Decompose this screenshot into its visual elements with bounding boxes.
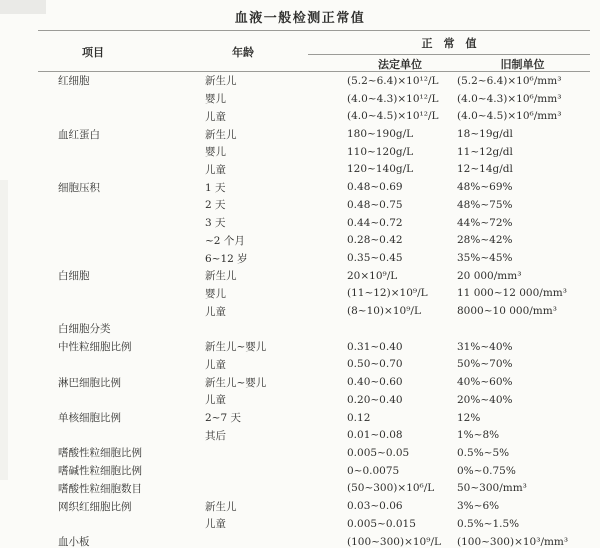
table-row: 婴儿110~120g/L11~12g/dl — [38, 143, 590, 161]
table-row: ~2 个月0.28~0.4228%~42% — [38, 231, 590, 249]
cell-legal: 20×10⁹/L — [345, 270, 455, 282]
cell-old: 31%~40% — [455, 341, 590, 353]
table-row: 淋巴细胞比例新生儿~婴儿0.40~0.6040%~60% — [38, 373, 590, 391]
cell-old: 35%~45% — [455, 252, 590, 264]
table-row: 其后0.01~0.081%~8% — [38, 426, 590, 444]
table-row: 中性粒细胞比例新生儿~婴儿0.31~0.4031%~40% — [38, 338, 590, 356]
cell-legal: 0.005~0.05 — [345, 447, 455, 459]
cell-item: 白细胞分类 — [38, 321, 205, 336]
cell-age: 新生儿 — [205, 127, 345, 142]
cell-age: 婴儿 — [205, 286, 345, 301]
cell-age: 儿童 — [205, 109, 345, 124]
cell-item: 血红蛋白 — [38, 127, 205, 142]
cell-old: 48%~69% — [455, 181, 590, 193]
table-row: 2 天0.48~0.7548%~75% — [38, 196, 590, 214]
cell-old: 0.5%~1.5% — [455, 518, 590, 530]
table-row: 血红蛋白新生儿180~190g/L18~19g/dl — [38, 125, 590, 143]
cell-legal: 120~140g/L — [345, 163, 455, 175]
cell-item: 红细胞 — [38, 73, 205, 88]
cell-old: 8000~10 000/mm³ — [455, 305, 590, 317]
cell-old: 12% — [455, 412, 590, 424]
cell-item: 中性粒细胞比例 — [38, 339, 205, 354]
cell-age: 儿童 — [205, 357, 345, 372]
table-row: 儿童0.20~0.4020%~40% — [38, 391, 590, 409]
cell-age: 新生儿 — [205, 268, 345, 283]
table-row: 红细胞新生儿(5.2~6.4)×10¹²/L(5.2~6.4)×10⁶/mm³ — [38, 72, 590, 90]
cell-age: 3 天 — [205, 215, 345, 230]
cell-old: 11 000~12 000/mm³ — [455, 287, 590, 299]
cell-legal: 0.40~0.60 — [345, 376, 455, 388]
table-body: 红细胞新生儿(5.2~6.4)×10¹²/L(5.2~6.4)×10⁶/mm³婴… — [38, 72, 590, 548]
cell-old: 0%~0.75% — [455, 465, 590, 477]
cell-item: 淋巴细胞比例 — [38, 375, 205, 390]
cell-legal: 0.28~0.42 — [345, 234, 455, 246]
cell-old: 0.5%~5% — [455, 447, 590, 459]
cell-legal: 0.03~0.06 — [345, 500, 455, 512]
cell-age: 6~12 岁 — [205, 251, 345, 266]
table-row: 细胞压积1 天0.48~0.6948%~69% — [38, 178, 590, 196]
cell-old: (4.0~4.3)×10⁶/mm³ — [455, 93, 590, 105]
cell-old: 28%~42% — [455, 234, 590, 246]
cell-old: 3%~6% — [455, 500, 590, 512]
cell-item: 血小板 — [38, 534, 205, 548]
cell-legal: 0.005~0.015 — [345, 518, 455, 530]
cell-legal: 0~0.0075 — [345, 465, 455, 477]
scanned-page: 血液一般检测正常值 项目 年龄 正常值 法定单位 旧制单位 红细胞新生儿(5.2… — [0, 0, 600, 548]
table-row: 婴儿(4.0~4.3)×10¹²/L(4.0~4.3)×10⁶/mm³ — [38, 90, 590, 108]
cell-item: 嗜酸性粒细胞数目 — [38, 481, 205, 496]
cell-item: 白细胞 — [38, 268, 205, 283]
blood-test-table: 项目 年龄 正常值 法定单位 旧制单位 红细胞新生儿(5.2~6.4)×10¹²… — [38, 30, 590, 548]
cell-age: 儿童 — [205, 392, 345, 407]
cell-legal: 0.31~0.40 — [345, 341, 455, 353]
cell-legal: 110~120g/L — [345, 146, 455, 158]
cell-legal: 180~190g/L — [345, 128, 455, 140]
cell-old: (5.2~6.4)×10⁶/mm³ — [455, 75, 590, 87]
cell-legal: 0.20~0.40 — [345, 394, 455, 406]
cell-legal: (11~12)×10⁹/L — [345, 287, 455, 299]
table-row: 儿童0.005~0.0150.5%~1.5% — [38, 515, 590, 533]
col-header-legal-unit: 法定单位 — [345, 56, 455, 72]
cell-age: 儿童 — [205, 162, 345, 177]
cell-age: 儿童 — [205, 304, 345, 319]
cell-legal: (4.0~4.5)×10¹²/L — [345, 110, 455, 122]
table-row: 儿童(4.0~4.5)×10¹²/L(4.0~4.5)×10⁶/mm³ — [38, 107, 590, 125]
cell-old: 50~300/mm³ — [455, 482, 590, 494]
cell-legal: (5.2~6.4)×10¹²/L — [345, 75, 455, 87]
table-row: 单核细胞比例2~7 天0.1212% — [38, 409, 590, 427]
cell-legal: 0.48~0.75 — [345, 199, 455, 211]
table-row: 网织红细胞比例新生儿0.03~0.063%~6% — [38, 497, 590, 515]
scan-artifact — [0, 180, 8, 480]
cell-age: 儿童 — [205, 516, 345, 531]
cell-legal: (8~10)×10⁹/L — [345, 305, 455, 317]
table-row: 6~12 岁0.35~0.4535%~45% — [38, 249, 590, 267]
cell-legal: (50~300)×10⁶/L — [345, 482, 455, 494]
cell-age: 婴儿 — [205, 144, 345, 159]
table-row: 嗜酸性粒细胞比例0.005~0.050.5%~5% — [38, 444, 590, 462]
cell-legal: 0.50~0.70 — [345, 358, 455, 370]
col-header-item: 项目 — [82, 44, 104, 60]
cell-old: 12~14g/dl — [455, 163, 590, 175]
cell-legal: 0.35~0.45 — [345, 252, 455, 264]
cell-age: 新生儿~婴儿 — [205, 339, 345, 354]
cell-legal: 0.12 — [345, 412, 455, 424]
cell-legal: (100~300)×10⁹/L — [345, 536, 455, 548]
cell-age: 新生儿 — [205, 73, 345, 88]
cell-legal: 0.48~0.69 — [345, 181, 455, 193]
cell-old: 50%~70% — [455, 358, 590, 370]
table-row: 婴儿(11~12)×10⁹/L11 000~12 000/mm³ — [38, 285, 590, 303]
col-header-old-unit: 旧制单位 — [455, 56, 590, 72]
col-header-age: 年龄 — [232, 44, 254, 60]
cell-age: 2 天 — [205, 197, 345, 212]
cell-age: 2~7 天 — [205, 410, 345, 425]
cell-legal: 0.44~0.72 — [345, 217, 455, 229]
cell-old: 11~12g/dl — [455, 146, 590, 158]
cell-legal: (4.0~4.3)×10¹²/L — [345, 93, 455, 105]
cell-legal: 0.01~0.08 — [345, 429, 455, 441]
table-row: 白细胞分类 — [38, 320, 590, 338]
table-header: 项目 年龄 正常值 法定单位 旧制单位 — [38, 31, 590, 72]
cell-age: 婴儿 — [205, 91, 345, 106]
cell-age: 其后 — [205, 428, 345, 443]
cell-item: 嗜酸性粒细胞比例 — [38, 445, 205, 460]
col-header-normal-value-label: 正常值 — [422, 31, 488, 56]
col-header-normal-value: 正常值 — [308, 31, 590, 55]
cell-old: 40%~60% — [455, 376, 590, 388]
cell-age: 新生儿 — [205, 499, 345, 514]
cell-item: 嗜碱性粒细胞比例 — [38, 463, 205, 478]
cell-item: 单核细胞比例 — [38, 410, 205, 425]
cell-old: 44%~72% — [455, 217, 590, 229]
cell-old: 20 000/mm³ — [455, 270, 590, 282]
cell-age: 1 天 — [205, 180, 345, 195]
page-title: 血液一般检测正常值 — [0, 7, 600, 26]
cell-old: (100~300)×10³/mm³ — [455, 536, 590, 548]
cell-old: 1%~8% — [455, 429, 590, 441]
cell-old: 20%~40% — [455, 394, 590, 406]
table-row: 儿童(8~10)×10⁹/L8000~10 000/mm³ — [38, 302, 590, 320]
table-row: 白细胞新生儿20×10⁹/L20 000/mm³ — [38, 267, 590, 285]
cell-item: 网织红细胞比例 — [38, 499, 205, 514]
table-row: 嗜酸性粒细胞数目(50~300)×10⁶/L50~300/mm³ — [38, 480, 590, 498]
cell-age: 新生儿~婴儿 — [205, 375, 345, 390]
table-row: 儿童120~140g/L12~14g/dl — [38, 161, 590, 179]
table-row: 血小板(100~300)×10⁹/L(100~300)×10³/mm³ — [38, 533, 590, 548]
table-row: 3 天0.44~0.7244%~72% — [38, 214, 590, 232]
cell-age: ~2 个月 — [205, 233, 345, 248]
cell-old: 18~19g/dl — [455, 128, 590, 140]
table-row: 嗜碱性粒细胞比例0~0.00750%~0.75% — [38, 462, 590, 480]
cell-old: (4.0~4.5)×10⁶/mm³ — [455, 110, 590, 122]
cell-item: 细胞压积 — [38, 180, 205, 195]
table-row: 儿童0.50~0.7050%~70% — [38, 356, 590, 374]
cell-old: 48%~75% — [455, 199, 590, 211]
